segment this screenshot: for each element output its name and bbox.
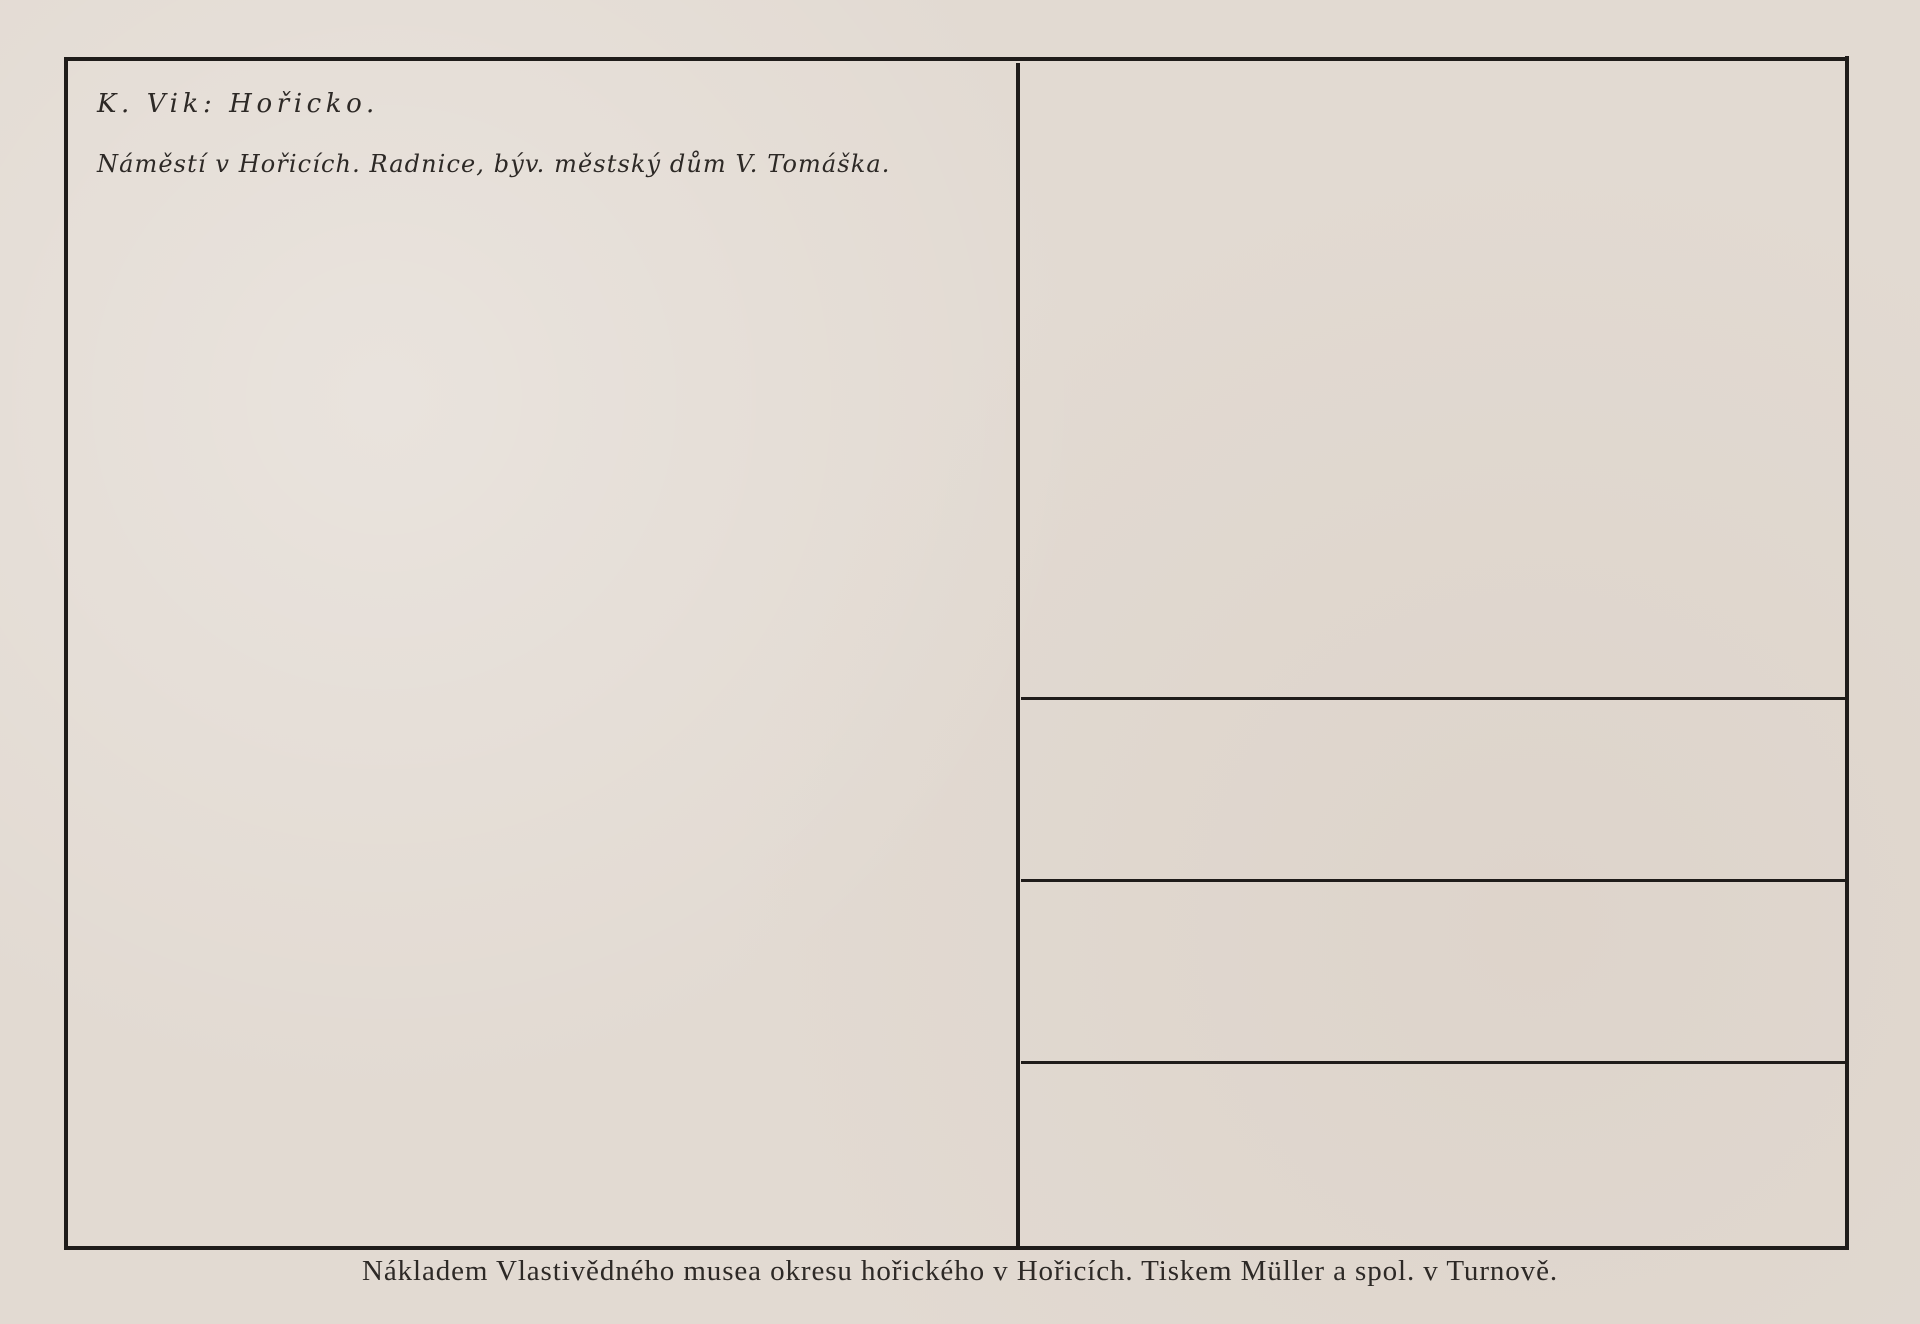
address-line-3: [1021, 1061, 1845, 1064]
publisher-footer: Nákladem Vlastivědného musea okresu hoři…: [0, 1255, 1920, 1288]
author-series-title: K. Vik: Hořicko.: [97, 89, 379, 119]
stamp-area: [1020, 61, 1845, 697]
frame-right-border: [1845, 56, 1849, 1246]
message-area: [68, 61, 1016, 1246]
image-caption: Náměstí v Hořicích. Radnice, býv. městsk…: [97, 150, 890, 178]
address-line-2: [1021, 879, 1845, 882]
frame-bottom-border: [64, 1246, 1849, 1250]
address-line-1: [1021, 697, 1845, 700]
